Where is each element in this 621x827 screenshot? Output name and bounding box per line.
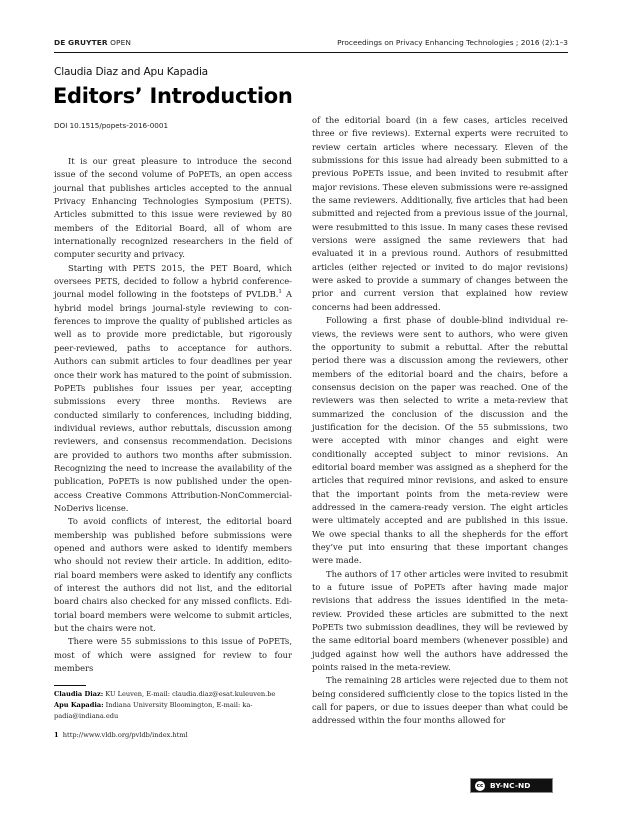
affiliation-name: Apu Kapadia: (54, 701, 104, 709)
article-authors: Claudia Diaz and Apu Kapadia (54, 66, 208, 78)
footnotes: Claudia Diaz: KU Leuven, E-mail: clau­di… (54, 689, 292, 741)
cc-icon: cc (474, 780, 486, 792)
cc-license-badge[interactable]: cc BY-NC-ND (470, 778, 553, 793)
running-header: DE GRUYTER OPEN Proceedings on Privacy E… (54, 36, 568, 50)
paragraph: There were 55 submissions to this issue … (54, 635, 292, 675)
header-rule (54, 52, 568, 53)
paragraph: of the editorial board (in a few cases, … (312, 114, 568, 314)
footnote-1: 1 http://www.vldb.org/pvldb/index.html (54, 730, 292, 741)
footnote-number: 1 (54, 731, 59, 739)
paragraph-text: A hybrid model brings journal-style revi… (54, 289, 292, 513)
publisher-name-bold: DE GRUYTER (54, 38, 108, 47)
article-title: Editors’ Introduction (53, 84, 293, 108)
affiliation-name: Claudia Diaz: (54, 690, 103, 698)
paragraph: It is our great pleasure to introduce th… (54, 155, 292, 262)
left-column: It is our great pleasure to introduce th… (54, 155, 292, 675)
paragraph: Following a first phase of double-blind … (312, 314, 568, 568)
license-label: BY-NC-ND (490, 781, 531, 790)
publisher-logo: DE GRUYTER OPEN (54, 38, 131, 47)
paragraph: Starting with PETS 2015, the PET Board, … (54, 262, 292, 516)
right-column: of the editorial board (in a few cases, … (312, 114, 568, 728)
footnote-rule (54, 685, 86, 686)
journal-citation: Proceedings on Privacy Enhancing Technol… (337, 38, 568, 47)
footnote-link[interactable]: http://www.vldb.org/pvldb/index.html (63, 731, 188, 739)
paragraph: To avoid conflicts of interest, the edit… (54, 515, 292, 635)
paper-page: DE GRUYTER OPEN Proceedings on Privacy E… (0, 0, 621, 827)
article-doi: DOI 10.1515/popets-2016-0001 (54, 121, 168, 130)
paragraph: The remaining 28 articles were rejected … (312, 674, 568, 727)
affiliation-diaz: Claudia Diaz: KU Leuven, E-mail: clau­di… (54, 689, 292, 700)
publisher-name-light: OPEN (108, 38, 131, 47)
affiliation-text: KU Leuven, E-mail: clau­dia.diaz@esat.ku… (103, 690, 275, 698)
paragraph: The authors of 17 other articles were in… (312, 568, 568, 675)
affiliation-kapadia: Apu Kapadia: Indiana University Blooming… (54, 700, 292, 722)
paragraph-text: Starting with PETS 2015, the PET Board, … (54, 263, 292, 300)
